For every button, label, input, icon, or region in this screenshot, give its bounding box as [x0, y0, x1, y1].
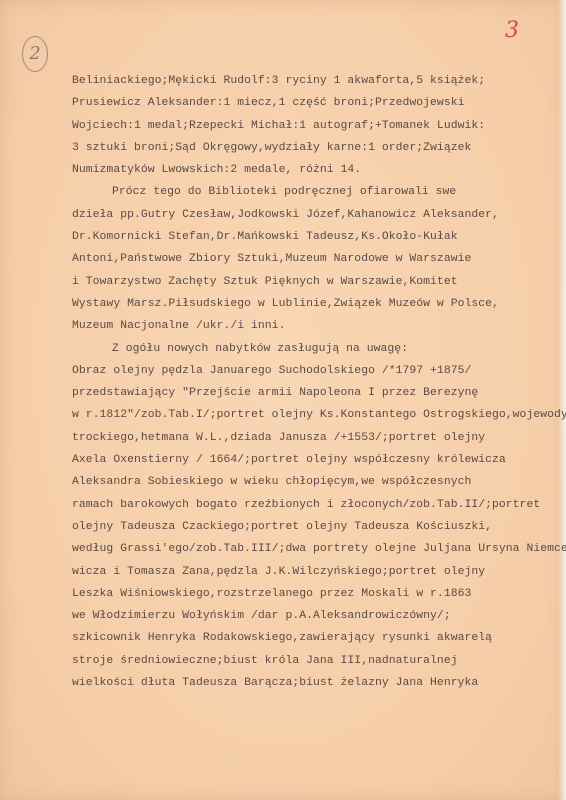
- page-number: 3: [505, 18, 519, 43]
- text-line: olejny Tadeusza Czackiego;portret olejny…: [72, 516, 552, 538]
- folio-mark: 2: [22, 36, 48, 72]
- page-edge: [558, 0, 566, 800]
- text-line: we Włodzimierzu Wołyńskim /dar p.A.Aleks…: [72, 605, 552, 627]
- text-line: trockiego,hetmana W.L.,dziada Janusza /+…: [72, 427, 552, 449]
- text-line: Aleksandra Sobieskiego w wieku chłopięcy…: [72, 471, 552, 493]
- text-line: Beliniackiego;Mękicki Rudolf:3 ryciny 1 …: [72, 70, 552, 92]
- text-line: Prusiewicz Aleksander:1 miecz,1 część br…: [72, 92, 552, 114]
- text-line: Muzeum Nacjonalne /ukr./i inni.: [72, 315, 552, 337]
- text-line: wicza i Tomasza Zana,pędzla J.K.Wilczyńs…: [72, 561, 552, 583]
- text-line: Prócz tego do Biblioteki podręcznej ofia…: [72, 181, 552, 203]
- text-line: 3 sztuki broni;Sąd Okręgowy,wydziały kar…: [72, 137, 552, 159]
- text-line: wielkości dłuta Tadeusza Barącza;biust ż…: [72, 672, 552, 694]
- text-line: dzieła pp.Gutry Czesław,Jodkowski Józef,…: [72, 204, 552, 226]
- text-line: szkicownik Henryka Rodakowskiego,zawiera…: [72, 627, 552, 649]
- document-page: 2 3 Beliniackiego;Mękicki Rudolf:3 rycin…: [0, 0, 566, 800]
- text-line: stroje średniowieczne;biust króla Jana I…: [72, 650, 552, 672]
- text-line: przedstawiający "Przejście armii Napoleo…: [72, 382, 552, 404]
- text-line: Wojciech:1 medal;Rzepecki Michał:1 autog…: [72, 115, 552, 137]
- text-line: według Grassi'ego/zob.Tab.III/;dwa portr…: [72, 538, 552, 560]
- text-line: ramach barokowych bogato rzeźbionych i z…: [72, 494, 552, 516]
- text-line: Antoni,Państwowe Zbiory Sztuki,Muzeum Na…: [72, 248, 552, 270]
- text-line: Leszka Wiśniowskiego,rozstrzelanego prze…: [72, 583, 552, 605]
- text-line: Z ogółu nowych nabytków zasługują na uwa…: [72, 338, 552, 360]
- text-line: w r.1812"/zob.Tab.I/;portret olejny Ks.K…: [72, 404, 552, 426]
- text-line: Numizmatyków Lwowskich:2 medale, różni 1…: [72, 159, 552, 181]
- text-line: Wystawy Marsz.Piłsudskiego w Lublinie,Zw…: [72, 293, 552, 315]
- text-line: Dr.Komornicki Stefan,Dr.Mańkowski Tadeus…: [72, 226, 552, 248]
- typewritten-body: Beliniackiego;Mękicki Rudolf:3 ryciny 1 …: [72, 70, 552, 694]
- text-line: Axela Oxenstierny / 1664/;portret olejny…: [72, 449, 552, 471]
- text-line: Obraz olejny pędzla Januarego Suchodolsk…: [72, 360, 552, 382]
- text-line: i Towarzystwo Zachęty Sztuk Pięknych w W…: [72, 271, 552, 293]
